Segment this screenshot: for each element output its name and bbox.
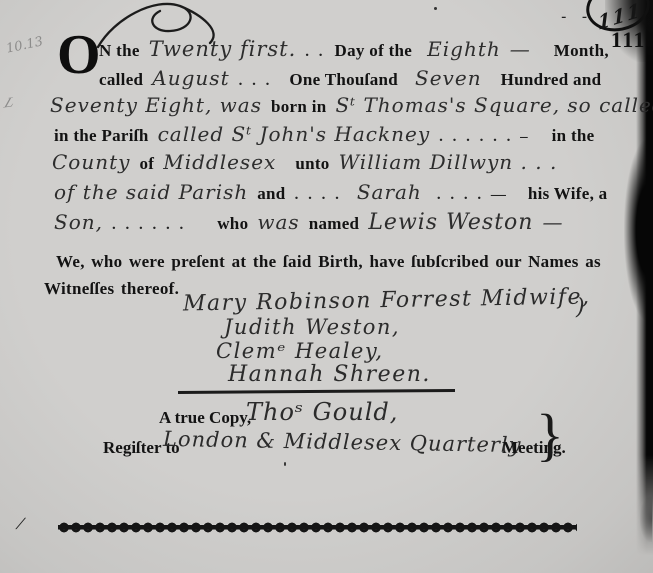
dotted-filler: . . . . . .	[112, 217, 186, 234]
edge-blotch	[640, 496, 652, 542]
signature-witness-3: Clemᵉ Healey,	[216, 339, 384, 363]
handwritten-day: Twenty first.	[149, 37, 297, 61]
handwritten-month-name: August	[152, 66, 229, 90]
entry-line-7: Son, . . . . . . who was named Lewis Wes…	[54, 210, 563, 235]
printed-text: and	[257, 184, 285, 204]
pencil-annotation: 10.13	[5, 34, 45, 56]
witness-statement-line1: We, who were preſent at the ſaid Birth, …	[56, 252, 601, 272]
handwritten-parish: called Sᵗ John's Hackney	[158, 122, 431, 146]
dotted-filler: . .	[305, 44, 325, 61]
entry-line-1: N the Twenty first. . . Day of the Eight…	[99, 37, 609, 61]
handwritten-month-number: Eighth	[427, 37, 501, 61]
signature-underline	[178, 389, 455, 393]
dotted-filler: . . . . . . –	[439, 129, 531, 146]
ink-speck	[434, 7, 437, 10]
printed-text: N the	[99, 41, 140, 61]
drop-cap: O	[57, 30, 101, 80]
handwritten-mother-name: Sarah	[357, 180, 422, 204]
printed-text: born in	[271, 97, 326, 117]
printed-text: in the	[552, 126, 595, 146]
dotted-filler: . . . .	[295, 187, 342, 204]
printed-text: his Wife, a	[528, 184, 608, 204]
witness-statement-line2: Witneſſes thereof.	[44, 279, 179, 299]
dotted-filler: . . .	[239, 73, 273, 90]
closing-brace: }	[536, 406, 564, 464]
entry-line-4: in the Pariſh called Sᵗ John's Hackney .…	[54, 122, 595, 146]
tick-mark: /	[15, 514, 26, 534]
handwritten-child-sex: Son,	[54, 210, 103, 234]
ink-speck	[284, 462, 286, 466]
signature-witness-4: Hannah Shreen.	[228, 362, 431, 387]
printed-text: who	[217, 214, 248, 234]
handwritten-father-name: William Dillwyn . . .	[339, 150, 558, 174]
corner-dashes: - -	[561, 9, 593, 26]
entry-line-5: County of Middlesex unto William Dillwyn…	[52, 150, 557, 174]
printed-text: named	[309, 214, 360, 234]
handwritten-child-name: Lewis Weston	[368, 210, 533, 235]
printed-page-number: 111	[611, 27, 646, 53]
printed-text: Hundred and	[501, 70, 602, 90]
pencil-check-mark: L	[0, 94, 19, 112]
dotted-filler: . . . . —	[437, 187, 509, 204]
entry-line-3: Seventy Eight, was born in Sᵗ Thomas's S…	[50, 93, 653, 117]
handwritten-year: Seventy Eight, was	[50, 93, 262, 117]
handwritten-dash: —	[510, 37, 531, 61]
handwritten-county-name: Middlesex	[163, 150, 276, 174]
entry-line-6: of the said Parish and . . . . Sarah . .…	[54, 180, 607, 204]
handwritten-century: Seven	[415, 66, 482, 90]
printed-text: of	[139, 154, 154, 174]
printed-text: unto	[295, 154, 329, 174]
printed-text: called	[99, 70, 143, 90]
handwritten-county-word: County	[52, 150, 130, 174]
ink-paren-mark: )	[576, 295, 585, 320]
printed-text: Day of the	[335, 41, 413, 61]
meeting-name: London & Middlesex Quarterly	[163, 427, 522, 457]
handwritten-dash: —	[542, 210, 563, 234]
chain-ornament-border	[58, 521, 577, 534]
handwritten-residence: of the said Parish	[54, 180, 248, 204]
printed-text: Month,	[554, 41, 609, 61]
handwritten-birthplace: Sᵗ Thomas's Square, so called )	[335, 93, 653, 117]
printed-text: One Thouſand	[289, 70, 398, 90]
signature-witness-2: Judith Weston,	[224, 315, 400, 339]
handwritten-was: was	[257, 210, 299, 234]
registrar-signature: Thoˢ Gould,	[246, 398, 398, 426]
printed-text: in the Pariſh	[54, 126, 149, 146]
page-edge-shadow-bulge	[624, 140, 648, 320]
scanned-birth-record-page: 111 111 - - 10.13 L O N the Twenty first…	[0, 0, 653, 573]
signature-midwife: Mary Robinson Forrest Midwife,	[183, 284, 591, 316]
entry-line-2: called August . . . One Thouſand Seven H…	[99, 66, 601, 90]
true-copy-label: A true Copy,	[159, 408, 251, 428]
